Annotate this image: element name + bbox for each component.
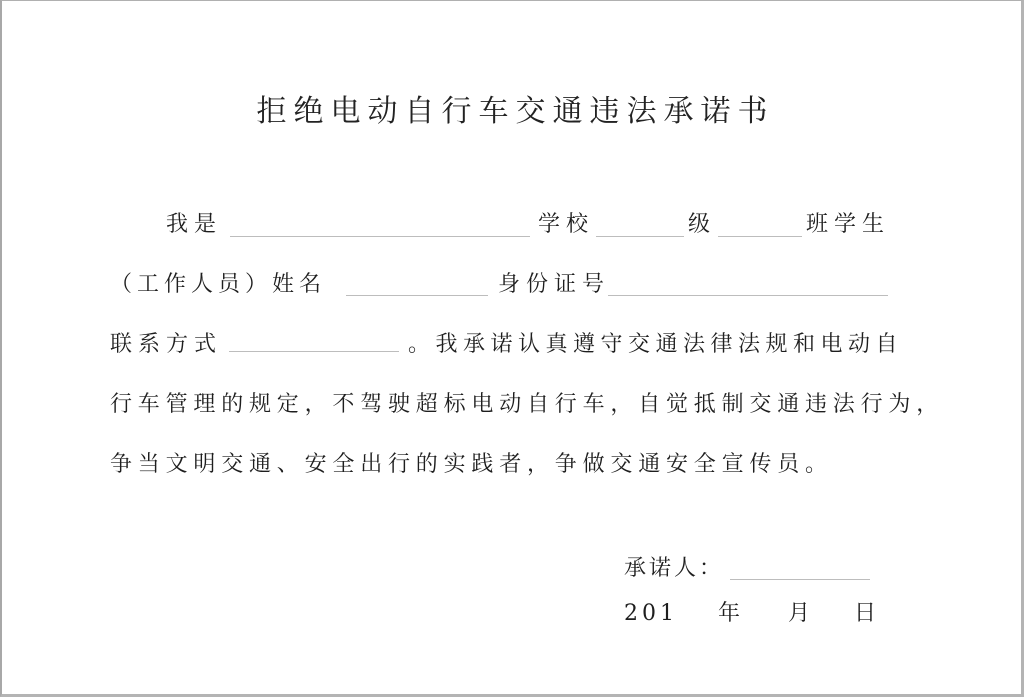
year-prefix: 201 [624, 598, 678, 630]
label-i-am: 我是 [166, 208, 222, 242]
row-contact: 联系方式 。我承诺认真遵守交通法律法规和电动自 [0, 328, 1024, 362]
signature-field[interactable] [730, 579, 870, 580]
date-line: 201 年 月 日 [624, 598, 904, 630]
contact-field[interactable] [229, 351, 399, 352]
document-title: 拒绝电动自行车交通违法承诺书 [0, 86, 1024, 130]
class-field[interactable] [718, 236, 802, 237]
label-school: 学校 [538, 208, 594, 242]
pledge-text-line-1: 。我承诺认真遵守交通法律法规和电动自 [408, 328, 903, 362]
month-label: 月 [788, 598, 810, 630]
year-label: 年 [718, 598, 740, 630]
label-class-student: 班学生 [806, 208, 890, 242]
label-id-number: 身份证号 [498, 268, 610, 302]
row-name-id: （工作人员）姓名 身份证号 [0, 268, 1024, 302]
pledge-text-line-2: 行车管理的规定，不驾驶超标电动自行车，自觉抵制交通违法行为， [110, 388, 944, 422]
school-name-field[interactable] [230, 236, 530, 237]
signature-label: 承诺人： [624, 553, 724, 585]
name-field[interactable] [346, 295, 488, 296]
label-staff-name: （工作人员）姓名 [110, 268, 326, 302]
label-contact: 联系方式 [110, 328, 222, 362]
row-student-info: 我是 学校 级 班学生 [0, 208, 1024, 242]
day-label: 日 [854, 598, 876, 630]
row-pledge-2: 行车管理的规定，不驾驶超标电动自行车，自觉抵制交通违法行为， [0, 388, 1024, 422]
grade-field[interactable] [596, 236, 684, 237]
row-pledge-3: 争当文明交通、安全出行的实践者，争做交通安全宣传员。 [0, 448, 1024, 482]
label-grade: 级 [688, 208, 716, 242]
id-number-field[interactable] [608, 295, 888, 296]
pledge-text-line-3: 争当文明交通、安全出行的实践者，争做交通安全宣传员。 [110, 448, 833, 482]
